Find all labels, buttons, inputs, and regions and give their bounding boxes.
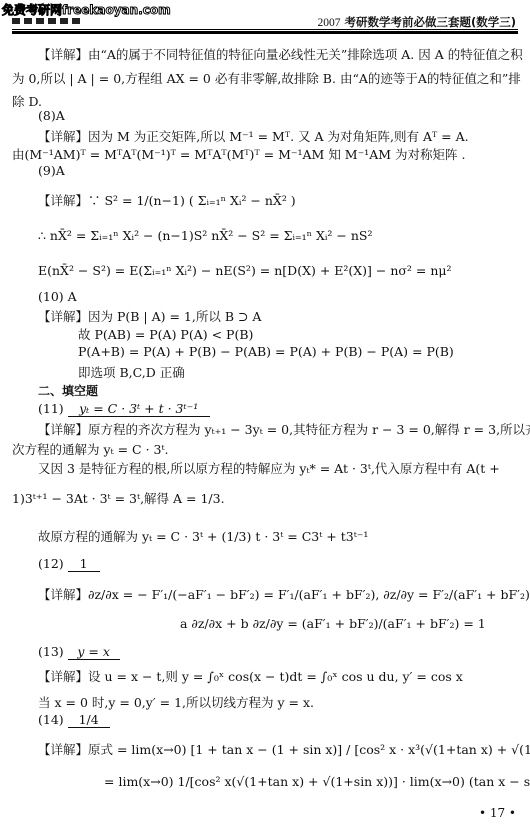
- header-logo-fragment: [12, 18, 82, 24]
- answer-14: (14) 1/4: [38, 712, 110, 728]
- detail-13-line-2: 当 x = 0 时,y = 0,y′ = 1,所以切线方程为 y = x.: [38, 693, 314, 711]
- detail-9-line-2: ∴ nX̄² = Σᵢ₌₁ⁿ Xᵢ² − (n−1)S² nX̄² − S² =…: [38, 228, 372, 243]
- detail-12-line-2: a ∂z/∂x + b ∂z/∂y = (aF′₁ + bF′₂)/(aF′₁ …: [180, 616, 486, 631]
- answer-13: (13) y = x: [38, 644, 120, 660]
- answer-12-label: (12): [38, 556, 64, 571]
- section-heading-fill-in: 二、填空题: [38, 382, 98, 399]
- detail-14-line-1: 【详解】原式 = lim(x→0) [1 + tan x − (1 + sin …: [38, 740, 530, 758]
- header-rule-thin: [12, 29, 518, 30]
- answer-13-label: (13): [38, 644, 64, 659]
- detail-8-line-2: 由(M⁻¹AM)ᵀ = MᵀAᵀ(M⁻¹)ᵀ = MᵀAᵀ(Mᵀ)ᵀ = M⁻¹…: [12, 145, 465, 163]
- answer-9: (9)A: [38, 163, 65, 178]
- answer-14-label: (14): [38, 712, 64, 727]
- answer-11: (11) yₜ = C · 3ᵗ + t · 3ᵗ⁻¹: [38, 401, 210, 417]
- answer-11-label: (11): [38, 401, 64, 416]
- detail-11-line-4: 1)3ᵗ⁺¹ − 3At · 3ᵗ = 3ᵗ,解得 A = 1/3.: [12, 489, 225, 507]
- header-year: 2007: [317, 17, 340, 29]
- detail-11-line-1: 【详解】原方程的齐次方程为 yₜ₊₁ − 3yₜ = 0,其特征方程为 r − …: [38, 420, 530, 438]
- answer-12: (12) 1: [38, 556, 100, 572]
- page-number: • 17 •: [479, 806, 516, 820]
- answer-14-blank: 1/4: [68, 712, 110, 728]
- detail-10-line-1: 【详解】因为 P(B | A) = 1,所以 B ⊃ A: [38, 307, 261, 325]
- answer-13-blank: y = x: [68, 644, 120, 660]
- detail-11-line-3: 又因 3 是特征方程的根,所以原方程的特解应为 yₜ* = At · 3ᵗ,代入…: [38, 459, 500, 477]
- watermark: 免费考研网freekaoyan.com: [2, 1, 171, 18]
- detail-line-2: 为 0,所以 | A | = 0,方程组 AX = 0 必有非零解,故排除 B.…: [12, 69, 521, 87]
- detail-9-line-1: 【详解】∵ S² = 1/(n−1) ( Σᵢ₌₁ⁿ Xᵢ² − nX̄² ): [38, 191, 296, 209]
- detail-11-line-2: 次方程的通解为 yₜ = C · 3ᵗ.: [12, 440, 169, 458]
- detail-9-line-3: E(nX̄² − S²) = E(Σᵢ₌₁ⁿ Xᵢ²) − nE(S²) = n…: [38, 263, 452, 278]
- detail-8-line-1: 【详解】因为 M 为正交矩阵,所以 M⁻¹ = Mᵀ. 又 A 为对角矩阵,则有…: [38, 127, 469, 145]
- running-header: 2007 考研数学考前必做三套题(数学三): [317, 14, 516, 30]
- detail-13-line-1: 【详解】设 u = x − t,则 y = ∫₀ˣ cos(x − t)dt =…: [38, 667, 463, 685]
- detail-12-line-1: 【详解】∂z/∂x = − F′₁/(−aF′₁ − bF′₂) = F′₁/(…: [38, 585, 530, 603]
- detail-10-line-4: 即选项 B,C,D 正确: [78, 363, 185, 381]
- answer-11-blank: yₜ = C · 3ᵗ + t · 3ᵗ⁻¹: [68, 401, 210, 417]
- detail-11-line-5: 故原方程的通解为 yₜ = C · 3ᵗ + (1/3) t · 3ᵗ = C3…: [38, 527, 368, 545]
- detail-10-line-3: P(A+B) = P(A) + P(B) − P(AB) = P(A) + P(…: [78, 344, 454, 359]
- detail-14-line-2: = lim(x→0) 1/[cos² x(√(1+tan x) + √(1+si…: [104, 774, 530, 789]
- header-rule-thick: [12, 31, 518, 34]
- answer-10: (10) A: [38, 289, 77, 304]
- detail-10-line-2: 故 P(AB) = P(A) P(A) < P(B): [78, 325, 253, 343]
- answer-12-blank: 1: [68, 556, 100, 572]
- detail-line-1: 【详解】由“A的属于不同特征值的特征向量必线性无关”排除选项 A. 因 A 的特…: [38, 45, 523, 63]
- header-title: 考研数学考前必做三套题(数学三): [344, 15, 516, 29]
- answer-8: (8)A: [38, 108, 65, 123]
